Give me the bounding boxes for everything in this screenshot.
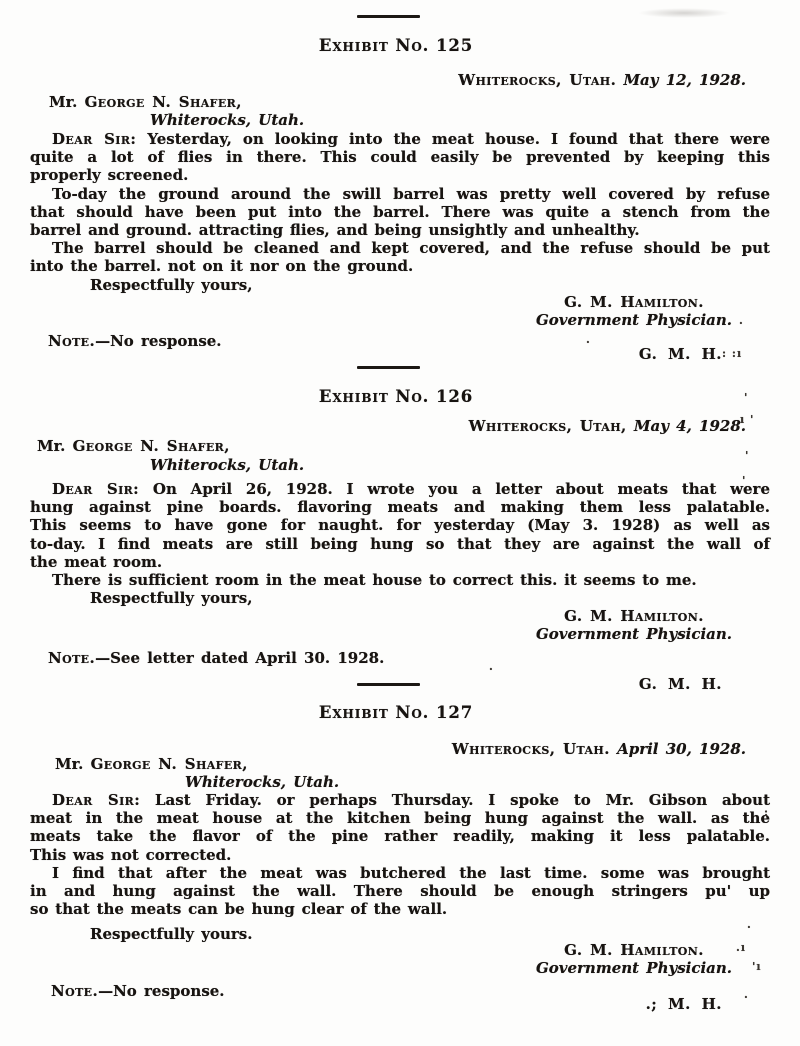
salutation: Dear Sir: <box>52 130 136 148</box>
signature-block: G. M. Hamilton. Government Physician. <box>503 941 765 978</box>
signature-name: G. M. Hamilton. <box>503 293 765 311</box>
letter-closing: Respectfully yours, <box>90 276 252 294</box>
exhibit-heading: Exhibit No. 127 <box>0 703 792 722</box>
signature-title: Government Physician. <box>503 625 765 643</box>
paragraph-line: Dear Sir: Yesterday, on looking into the… <box>30 130 770 148</box>
addressee-address-line: Whiterocks, Utah. <box>150 111 304 129</box>
signature-block: G. M. Hamilton. Government Physician. <box>503 607 765 644</box>
paragraph-text: Last Friday. or perhaps Thursday. I spok… <box>155 791 770 809</box>
paragraph-line: in and hung against the wall. There shou… <box>30 882 770 900</box>
paragraph-line: so that the meats can be hung clear of t… <box>30 900 770 918</box>
paragraph-line: into the barrel. not on it nor on the gr… <box>30 257 770 275</box>
paragraph-line: to-day. I find meats are still being hun… <box>30 535 770 553</box>
ink-speck: : :ı <box>722 347 742 360</box>
ink-speck: : <box>764 806 769 819</box>
signature-title: Government Physician. <box>503 311 765 329</box>
note-text: —See letter dated April 30. 1928. <box>95 649 384 667</box>
addressee-name: George N. Shafer, <box>91 755 248 773</box>
ink-speck: · <box>489 663 494 676</box>
addressee-name-line: Mr. George N. Shafer, <box>49 93 242 111</box>
ink-speck: 'ı <box>752 960 762 973</box>
signature-block: G. M. Hamilton. Government Physician. <box>503 293 765 330</box>
letter-closing: Respectfully yours. <box>90 925 252 943</box>
paragraph-line: properly screened. <box>30 166 770 184</box>
salutation: Dear Sir: <box>52 791 140 809</box>
note-text: —No response. <box>98 982 224 1000</box>
letter-body: Dear Sir: Last Friday. or perhaps Thursd… <box>30 791 770 918</box>
letter-closing: Respectfully yours, <box>90 589 252 607</box>
paragraph-line: Dear Sir: Last Friday. or perhaps Thursd… <box>30 791 770 809</box>
paragraph-line: There is sufficient room in the meat hou… <box>30 571 770 589</box>
ink-speck: · <box>586 336 591 349</box>
paragraph-line: The barrel should be cleaned and kept co… <box>30 239 770 257</box>
dateline-date: April 30, 1928. <box>617 740 746 758</box>
paragraph-line: Dear Sir: On April 26, 1928. I wrote you… <box>30 480 770 498</box>
paragraph-line: hung against pine boards. flavoring meat… <box>30 498 770 516</box>
dateline-place: Whiterocks, Utah, <box>469 417 627 435</box>
letter-body: Dear Sir: Yesterday, on looking into the… <box>30 130 770 276</box>
paragraph-line: To-day the ground around the swill barre… <box>30 185 770 203</box>
paragraph-text: Yesterday, on looking into the meat hous… <box>147 130 770 148</box>
signature-name: G. M. Hamilton. <box>503 607 765 625</box>
ink-speck: ' <box>744 391 748 404</box>
addressee-name-line: Mr. George N. Shafer, <box>55 755 248 773</box>
section-divider <box>357 15 420 18</box>
paragraph-line: I find that after the meat was butchered… <box>30 864 770 882</box>
addressee-name: George N. Shafer, <box>85 93 242 111</box>
initials-line: G. M. H. <box>500 675 722 693</box>
addressee-address-line: Whiterocks, Utah. <box>150 456 304 474</box>
paragraph-text: On April 26, 1928. I wrote you a letter … <box>153 480 770 498</box>
addressee-prefix: Mr. <box>55 755 83 773</box>
ink-speck: ı ' <box>740 413 754 426</box>
note-label: Note. <box>51 982 98 1000</box>
ink-speck: ' <box>742 474 746 487</box>
addressee-prefix: Mr. <box>49 93 77 111</box>
addressee-prefix: Mr. <box>37 437 65 455</box>
addressee-name: George N. Shafer, <box>73 437 230 455</box>
ink-speck: .ı <box>736 941 746 954</box>
section-divider <box>357 366 420 369</box>
letter-dateline: Whiterocks, Utah. April 30, 1928. <box>346 740 746 758</box>
section-divider <box>357 683 420 686</box>
dateline-place: Whiterocks, Utah. <box>458 71 616 89</box>
ink-speck: ' <box>745 449 749 462</box>
paragraph-line: quite a lot of flies in there. This coul… <box>30 148 770 166</box>
paragraph-line: This was not corrected. <box>30 846 770 864</box>
dateline-date: May 4, 1928. <box>634 417 746 435</box>
note-line: Note.—No response. <box>51 982 225 1000</box>
note-line: Note.—No response. <box>48 332 222 350</box>
exhibit-heading: Exhibit No. 125 <box>0 36 792 55</box>
paragraph-line: the meat room. <box>30 553 770 571</box>
addressee-address-line: Whiterocks, Utah. <box>185 773 339 791</box>
signature-name: G. M. Hamilton. <box>503 941 765 959</box>
initials-line: .; M. H. <box>500 995 722 1013</box>
ink-speck: . <box>747 918 752 931</box>
paragraph-line: meats take the flavor of the pine rather… <box>30 827 770 845</box>
salutation: Dear Sir: <box>52 480 139 498</box>
paragraph-line: This seems to have gone for naught. for … <box>30 516 770 534</box>
letter-dateline: Whiterocks, Utah, May 4, 1928. <box>346 417 746 435</box>
addressee-name-line: Mr. George N. Shafer, <box>37 437 230 455</box>
initials-line: G. M. H. <box>500 345 722 363</box>
dateline-date: May 12, 1928. <box>623 71 746 89</box>
exhibit-heading: Exhibit No. 126 <box>0 387 792 406</box>
note-text: —No response. <box>95 332 221 350</box>
letter-body: Dear Sir: On April 26, 1928. I wrote you… <box>30 480 770 589</box>
note-line: Note.—See letter dated April 30. 1928. <box>48 649 384 667</box>
note-label: Note. <box>48 649 95 667</box>
paragraph-line: meat in the meat house at the kitchen be… <box>30 809 770 827</box>
ink-speck: · <box>744 991 749 1004</box>
letter-dateline: Whiterocks, Utah. May 12, 1928. <box>346 71 746 89</box>
scanned-document-page: Exhibit No. 125 Whiterocks, Utah. May 12… <box>0 0 800 1046</box>
scan-smudge <box>638 8 730 18</box>
dateline-place: Whiterocks, Utah. <box>452 740 610 758</box>
signature-title: Government Physician. <box>503 959 765 977</box>
ink-speck: · <box>739 317 744 330</box>
paragraph-line: that should have been put into the barre… <box>30 203 770 221</box>
paragraph-line: barrel and ground. attracting flies, and… <box>30 221 770 239</box>
note-label: Note. <box>48 332 95 350</box>
